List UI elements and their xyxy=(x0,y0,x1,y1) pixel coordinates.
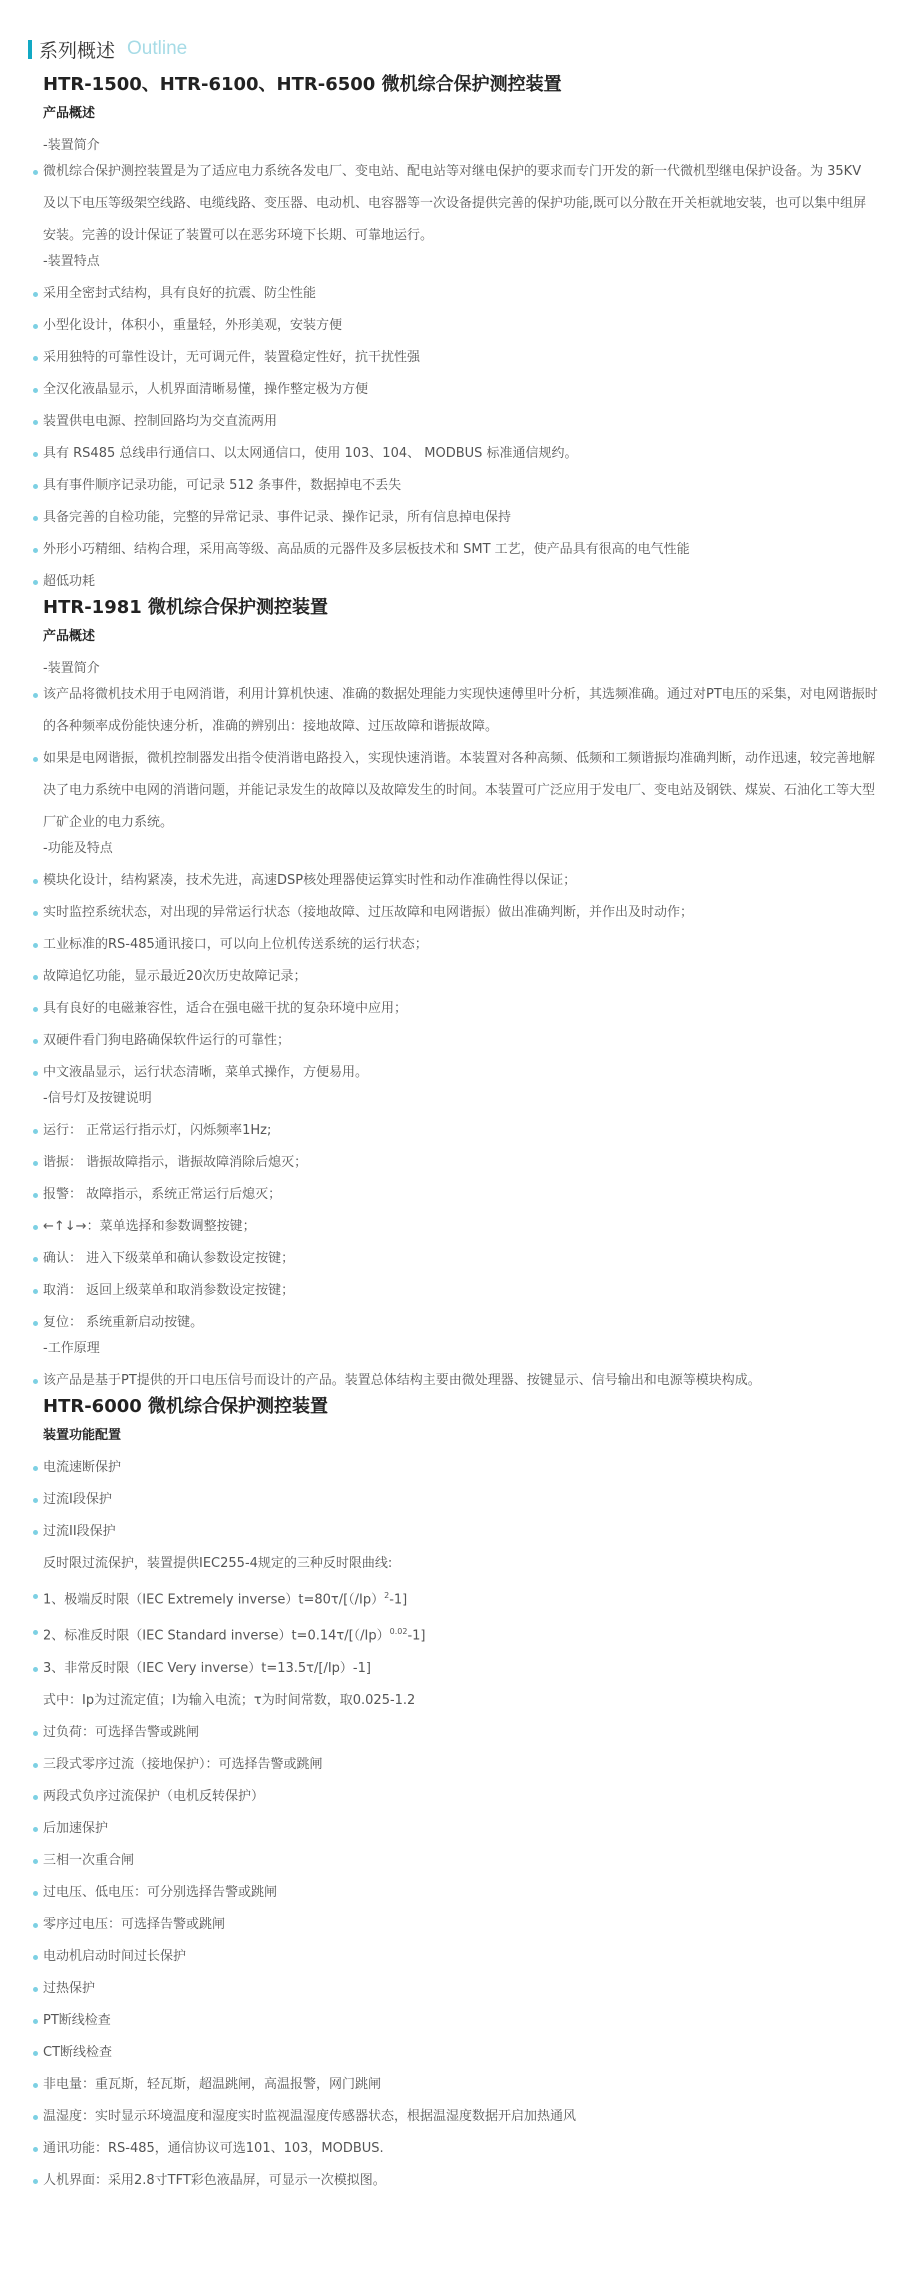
list-item: 电动机启动时间过长保护 xyxy=(0,1941,900,1973)
list-item: 实时监控系统状态，对出现的异常运行状态（接地故障、过压故障和电网谐振）做出准确判… xyxy=(0,897,900,929)
product-subtitle: 装置功能配置 xyxy=(43,1426,900,1446)
list-item: 小型化设计，体积小，重量轻，外形美观，安装方便 xyxy=(0,310,900,342)
curve-exponent: 0.02 xyxy=(390,1627,408,1636)
formula-note: 式中：Ip为过流定值；I为输入电流；τ为时间常数，取0.025-1.2 xyxy=(43,1685,900,1717)
curve-formula: 2、标准反时限（IEC Standard inverse）t=0.14τ/[（/… xyxy=(43,1629,390,1644)
curve-formula: 3、非常反时限（IEC Very inverse）t=13.5τ/[/Ip）-1… xyxy=(43,1661,371,1676)
list-item: 确认： 进入下级菜单和确认参数设定按键； xyxy=(0,1243,900,1275)
list-item: 三段式零序过流（接地保护）：可选择告警或跳闸 xyxy=(0,1749,900,1781)
principle-paragraph: 该产品是基于PT提供的开口电压信号而设计的产品。装置总体结构主要由微处理器、按键… xyxy=(0,1365,900,1397)
curve-formula-end: -1] xyxy=(407,1629,425,1644)
list-item: 三相一次重合闸 xyxy=(0,1845,900,1877)
list-item: 零序过电压：可选择告警或跳闸 xyxy=(0,1909,900,1941)
list-item: 具有 RS485 总线串行通信口、以太网通信口，使用 103、104、 MODB… xyxy=(0,438,900,470)
product-htr-6000: HTR-6000 微机综合保护测控装置 装置功能配置 电流速断保护 过流I段保护… xyxy=(0,1393,900,2197)
list-item: 人机界面：采用2.8寸TFT彩色液晶屏，可显示一次模拟图。 xyxy=(0,2165,900,2197)
intro-paragraph: 如果是电网谐振，微机控制器发出指令使消谐电路投入，实现快速消谐。本装置对各种高频… xyxy=(0,743,900,839)
list-item: 温湿度：实时显示环境温度和湿度实时监视温湿度传感器状态，根据温湿度数据开启加热通… xyxy=(0,2101,900,2133)
features-heading: -功能及特点 xyxy=(43,839,900,859)
list-item: 报警： 故障指示，系统正常运行后熄灭； xyxy=(0,1179,900,1211)
list-item: 工业标准的RS-485通讯接口，可以向上位机传送系统的运行状态； xyxy=(0,929,900,961)
list-item: 通讯功能：RS-485，通信协议可选101、103，MODBUS. xyxy=(0,2133,900,2165)
curve-extremely-inverse: 1、极端反时限（IEC Extremely inverse）t=80τ/[（/I… xyxy=(0,1580,900,1616)
list-item: 谐振： 谐振故障指示，谐振故障消除后熄灭； xyxy=(0,1147,900,1179)
list-item: 运行： 正常运行指示灯，闪烁频率1Hz; xyxy=(0,1115,900,1147)
product-subtitle: 产品概述 xyxy=(43,104,900,124)
list-item: ←↑↓→：菜单选择和参数调整按键； xyxy=(0,1211,900,1243)
list-item: CT断线检查 xyxy=(0,2037,900,2069)
principle-heading: -工作原理 xyxy=(43,1339,900,1359)
list-item: 过热保护 xyxy=(0,1973,900,2005)
list-item: 电流速断保护 xyxy=(0,1452,900,1484)
list-item: 过负荷：可选择告警或跳闸 xyxy=(0,1717,900,1749)
curve-formula-end: -1] xyxy=(389,1592,407,1607)
section-title-en: Outline xyxy=(127,38,187,60)
list-item: PT断线检查 xyxy=(0,2005,900,2037)
intro-paragraph: 微机综合保护测控装置是为了适应电力系统各发电厂、变电站、配电站等对继电保护的要求… xyxy=(0,156,900,252)
list-item: 外形小巧精细、结构合理，采用高等级、高品质的元器件及多层板技术和 SMT 工艺，… xyxy=(0,534,900,566)
signals-heading: -信号灯及按键说明 xyxy=(43,1089,900,1109)
list-item: 过流II段保护 xyxy=(0,1516,900,1548)
list-item: 双硬件看门狗电路确保软件运行的可靠性； xyxy=(0,1025,900,1057)
features-heading: -装置特点 xyxy=(43,252,900,272)
product-subtitle: 产品概述 xyxy=(43,627,900,647)
list-item: 超低功耗 xyxy=(0,566,900,598)
list-item: 具有良好的电磁兼容性，适合在强电磁干扰的复杂环境中应用； xyxy=(0,993,900,1025)
list-item: 后加速保护 xyxy=(0,1813,900,1845)
list-item: 具备完善的自检功能，完整的异常记录、事件记录、操作记录，所有信息掉电保持 xyxy=(0,502,900,534)
intro-heading: -装置简介 xyxy=(43,136,900,156)
curve-standard-inverse: 2、标准反时限（IEC Standard inverse）t=0.14τ/[（/… xyxy=(0,1616,900,1652)
curve-very-inverse: 3、非常反时限（IEC Very inverse）t=13.5τ/[/Ip）-1… xyxy=(0,1653,900,1685)
features-list: 采用全密封式结构，具有良好的抗震、防尘性能 小型化设计，体积小，重量轻，外形美观… xyxy=(0,278,900,598)
signals-list: 运行： 正常运行指示灯，闪烁频率1Hz; 谐振： 谐振故障指示，谐振故障消除后熄… xyxy=(0,1115,900,1339)
list-item: 装置供电电源、控制回路均为交直流两用 xyxy=(0,406,900,438)
intro-paragraph: 该产品将微机技术用于电网消谐，利用计算机快速、准确的数据处理能力实现快速傅里叶分… xyxy=(0,679,900,743)
page: 系列概述 Outline HTR-1500、HTR-6100、HTR-6500 … xyxy=(0,0,900,2197)
section-header: 系列概述 Outline xyxy=(28,36,900,62)
features-list: 模块化设计，结构紧凑，技术先进，高速DSP核处理器使运算实时性和动作准确性得以保… xyxy=(0,865,900,1089)
inverse-intro: 反时限过流保护，装置提供IEC255-4规定的三种反时限曲线: xyxy=(43,1548,900,1580)
list-item: 中文液晶显示，运行状态清晰，菜单式操作，方便易用。 xyxy=(0,1057,900,1089)
list-item: 全汉化液晶显示，人机界面清晰易懂，操作整定极为方便 xyxy=(0,374,900,406)
accent-bar xyxy=(28,40,32,59)
product-title: HTR-1981 微机综合保护测控装置 xyxy=(43,594,900,622)
list-item: 非电量：重瓦斯，轻瓦斯，超温跳闸，高温报警，网门跳闸 xyxy=(0,2069,900,2101)
product-title: HTR-1500、HTR-6100、HTR-6500 微机综合保护测控装置 xyxy=(43,71,900,99)
inverse-curves-list: 1、极端反时限（IEC Extremely inverse）t=80τ/[（/I… xyxy=(0,1580,900,1685)
intro-heading: -装置简介 xyxy=(43,659,900,679)
functions-list-a: 电流速断保护 过流I段保护 过流II段保护 xyxy=(0,1452,900,1548)
list-item: 复位： 系统重新启动按键。 xyxy=(0,1307,900,1339)
list-item: 具有事件顺序记录功能，可记录 512 条事件，数据掉电不丢失 xyxy=(0,470,900,502)
list-item: 模块化设计，结构紧凑，技术先进，高速DSP核处理器使运算实时性和动作准确性得以保… xyxy=(0,865,900,897)
functions-list-b: 过负荷：可选择告警或跳闸 三段式零序过流（接地保护）：可选择告警或跳闸 两段式负… xyxy=(0,1717,900,2197)
curve-formula: 1、极端反时限（IEC Extremely inverse）t=80τ/[（/I… xyxy=(43,1592,384,1607)
product-htr-1500: HTR-1500、HTR-6100、HTR-6500 微机综合保护测控装置 产品… xyxy=(0,71,900,598)
product-htr-1981: HTR-1981 微机综合保护测控装置 产品概述 -装置简介 该产品将微机技术用… xyxy=(0,594,900,1397)
list-item: 采用独特的可靠性设计，无可调元件，装置稳定性好，抗干扰性强 xyxy=(0,342,900,374)
list-item: 过流I段保护 xyxy=(0,1484,900,1516)
list-item: 过电压、低电压：可分别选择告警或跳闸 xyxy=(0,1877,900,1909)
list-item: 故障追忆功能，显示最近20次历史故障记录； xyxy=(0,961,900,993)
list-item: 两段式负序过流保护（电机反转保护） xyxy=(0,1781,900,1813)
list-item: 采用全密封式结构，具有良好的抗震、防尘性能 xyxy=(0,278,900,310)
product-title: HTR-6000 微机综合保护测控装置 xyxy=(43,1393,900,1421)
section-title-cn: 系列概述 xyxy=(39,36,115,63)
list-item: 取消： 返回上级菜单和取消参数设定按键； xyxy=(0,1275,900,1307)
